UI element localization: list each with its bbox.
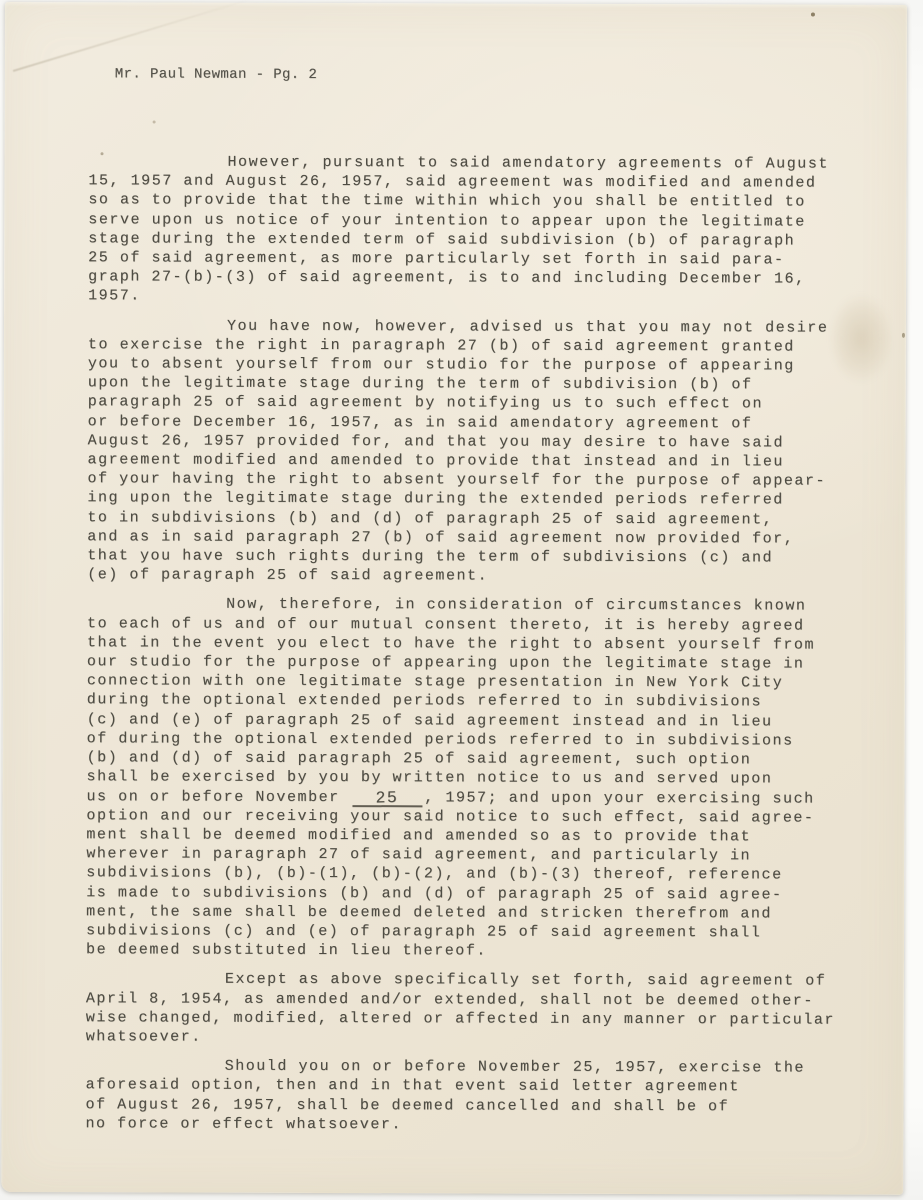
paragraph-3-pre: Now, therefore, in consideration of circ… xyxy=(86,596,815,805)
letter-body: However, pursuant to said amendatory agr… xyxy=(85,152,888,1135)
date-blank-underline: 25 xyxy=(352,789,422,807)
paragraph-3: Now, therefore, in consideration of circ… xyxy=(86,595,887,962)
paragraph-3-post: , 1957; and upon your exercising such op… xyxy=(86,789,815,960)
paper-speck xyxy=(811,13,815,17)
scan-background: Mr. Paul Newman - Pg. 2 However, pursuan… xyxy=(0,0,923,1200)
paragraph-1: However, pursuant to said amendatory agr… xyxy=(88,152,888,308)
paragraph-5: Should you on or before November 25, 195… xyxy=(85,1056,885,1135)
paragraph-2: You have now, however, advised us that y… xyxy=(87,316,888,587)
handwritten-day-value: 25 xyxy=(376,789,399,805)
paper-speck xyxy=(153,120,156,123)
letter-page: Mr. Paul Newman - Pg. 2 However, pursuan… xyxy=(1,2,907,1195)
page-header: Mr. Paul Newman - Pg. 2 xyxy=(115,66,317,83)
paragraph-4: Except as above specifically set forth, … xyxy=(86,970,886,1049)
paper-speck xyxy=(902,333,905,338)
paper-crease xyxy=(13,0,253,72)
